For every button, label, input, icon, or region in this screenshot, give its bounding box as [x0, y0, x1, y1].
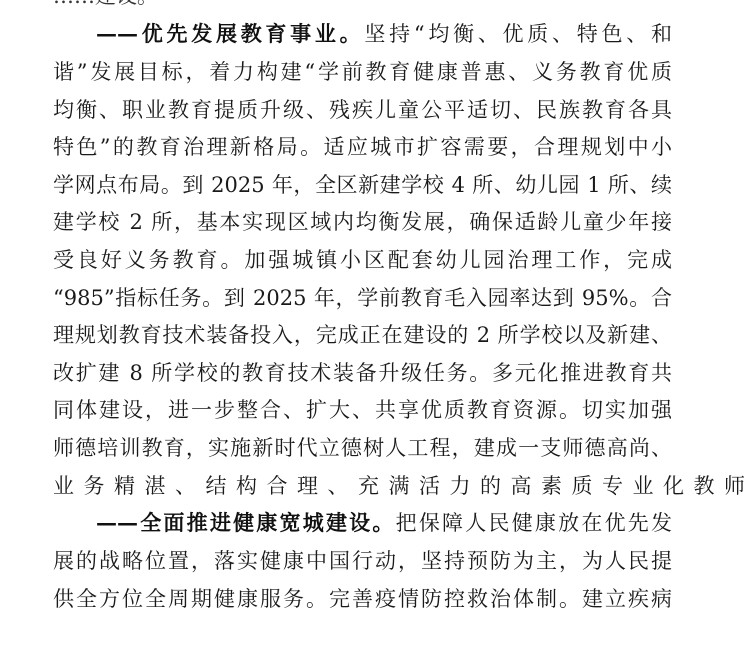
- paragraph-line: 改扩建 8 所学校的教育技术装备升级任务。多元化推进教育共: [53, 354, 672, 392]
- paragraph-line: 受良好义务教育。加强城镇小区配套幼儿园治理工作，完成: [53, 241, 672, 279]
- paragraph-line: 展的战略位置，落实健康中国行动，坚持预防为主，为人民提: [53, 542, 672, 580]
- section-heading-health: ——全面推进健康宽城建设。: [96, 510, 396, 535]
- paragraph-line: 学网点布局。到 2025 年，全区新建学校 4 所、幼儿园 1 所、续: [53, 166, 672, 204]
- paragraph-line: 建学校 2 所，基本实现区域内均衡发展，确保适龄儿童少年接: [53, 203, 672, 241]
- paragraph-text: 坚持“均衡、优质、特色、和: [364, 22, 672, 46]
- paragraph-line: 业务精湛、结构合理、充满活力的高素质专业化教师队伍。: [53, 467, 672, 505]
- paragraph-line: 同体建设，进一步整合、扩大、共享优质教育资源。切实加强: [53, 391, 672, 429]
- paragraph-line: 均衡、职业教育提质升级、残疾儿童公平适切、民族教育各具: [53, 91, 672, 129]
- paragraph-line: “985”指标任务。到 2025 年，学前教育毛入园率达到 95%。合: [53, 279, 672, 317]
- cutoff-previous-line: ……建设。: [53, 0, 672, 6]
- section-heading-line: ——全面推进健康宽城建设。把保障人民健康放在优先发: [96, 504, 672, 542]
- document-page: ……建设。 ——优先发展教育事业。坚持“均衡、优质、特色、和 谐”发展目标，着力…: [0, 0, 744, 657]
- section-heading-education: ——优先发展教育事业。: [96, 21, 364, 46]
- paragraph-line: 特色”的教育治理新格局。适应城市扩容需要，合理规划中小: [53, 128, 672, 166]
- paragraph-text: 把保障人民健康放在优先发: [396, 511, 672, 535]
- paragraph-line: 师德培训教育，实施新时代立德树人工程，建成一支师德高尚、: [53, 429, 672, 467]
- paragraph-line: 理规划教育技术装备投入，完成正在建设的 2 所学校以及新建、: [53, 316, 672, 354]
- paragraph-line: 供全方位全周期健康服务。完善疫情防控救治体制。建立疾病: [53, 580, 672, 618]
- section-heading-line: ——优先发展教育事业。坚持“均衡、优质、特色、和: [96, 15, 672, 53]
- paragraph-line: 谐”发展目标，着力构建“学前教育健康普惠、义务教育优质: [53, 53, 672, 91]
